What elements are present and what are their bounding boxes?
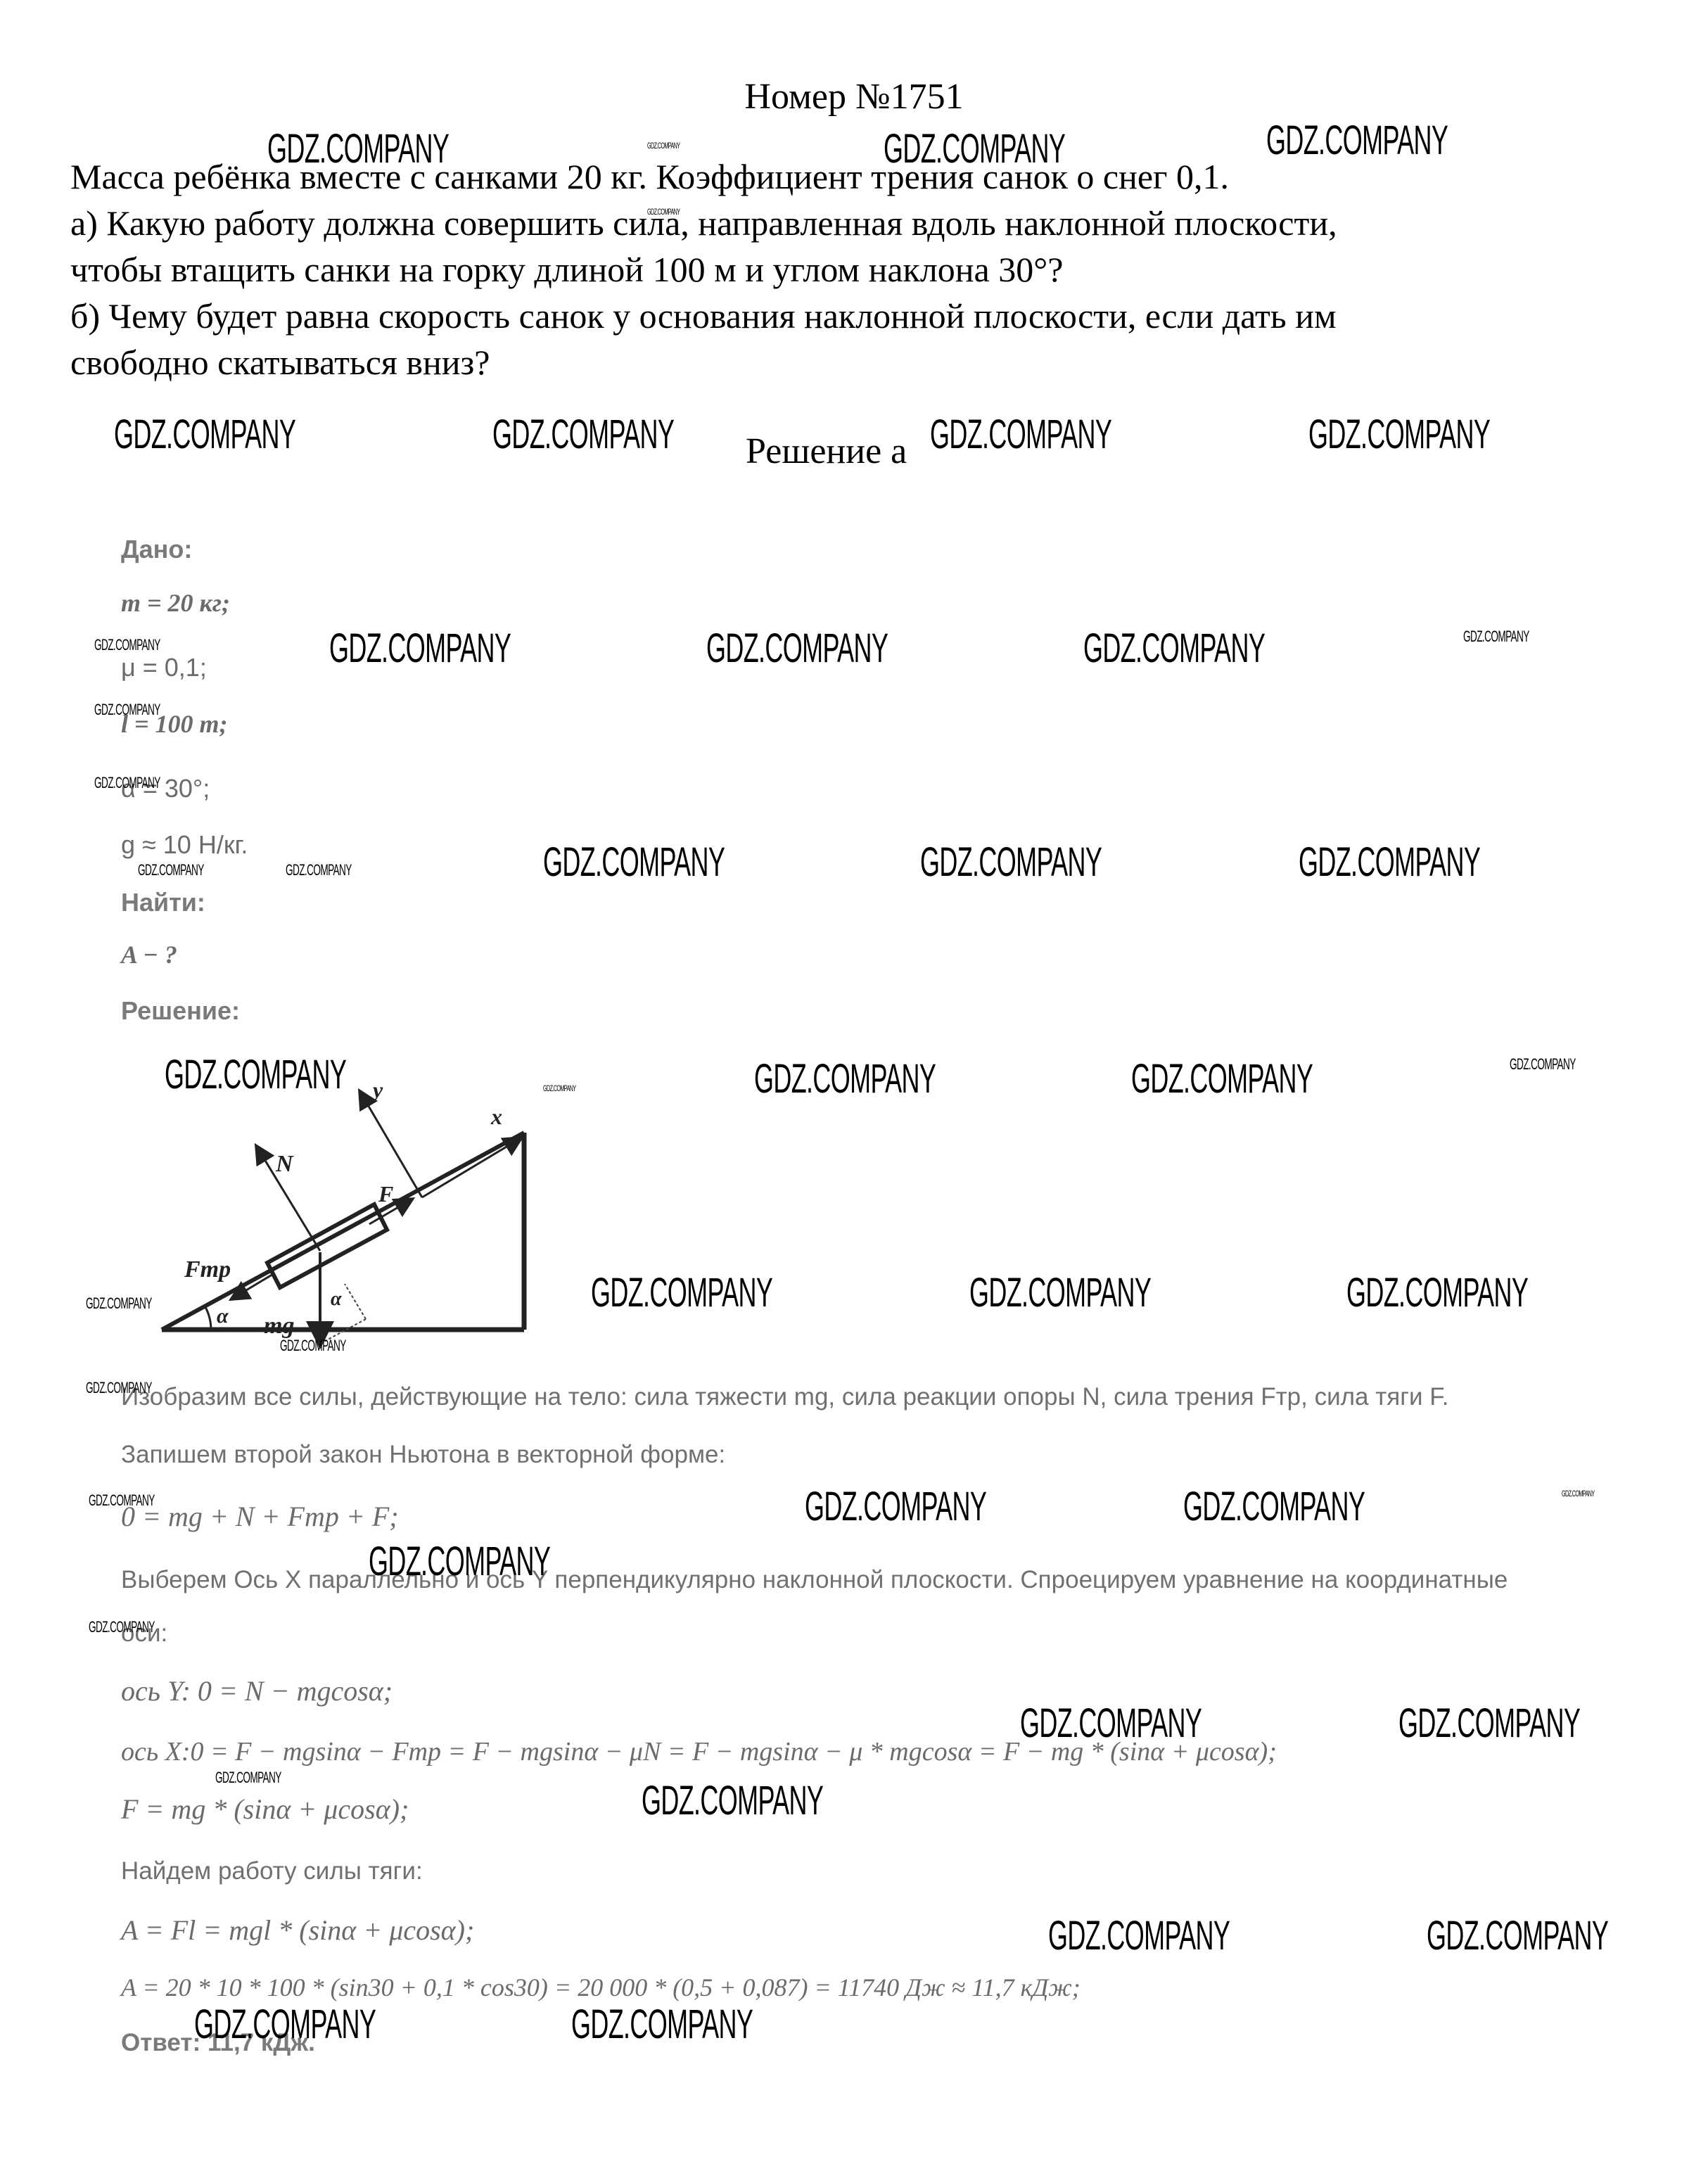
watermark: GDZ.COMPANY bbox=[267, 125, 449, 172]
given-mu: μ = 0,1; bbox=[121, 653, 207, 682]
watermark: GDZ.COMPANY bbox=[647, 141, 680, 151]
watermark: GDZ.COMPANY bbox=[215, 1769, 281, 1787]
watermark: GDZ.COMPANY bbox=[1020, 1700, 1202, 1747]
problem-line: а) Какую работу должна совершить сила, н… bbox=[70, 200, 1653, 246]
watermark: GDZ.COMPANY bbox=[884, 125, 1065, 172]
given-g: g ≈ 10 Н/кг. bbox=[121, 830, 248, 860]
pull-force-label: F bbox=[378, 1181, 393, 1207]
watermark: GDZ.COMPANY bbox=[543, 839, 725, 886]
given-label: Дано: bbox=[121, 535, 192, 564]
equation-work: A = Fl = mgl * (sinα + μcosα); bbox=[121, 1914, 474, 1947]
find-label: Найти: bbox=[121, 888, 205, 917]
watermark: GDZ.COMPANY bbox=[369, 1538, 550, 1585]
watermark: GDZ.COMPANY bbox=[1308, 411, 1490, 458]
work-intro: Найдем работу силы тяги: bbox=[121, 1857, 423, 1885]
watermark: GDZ.COMPANY bbox=[94, 636, 160, 654]
watermark: GDZ.COMPANY bbox=[492, 411, 674, 458]
watermark: GDZ.COMPANY bbox=[642, 1777, 823, 1824]
watermark: GDZ.COMPANY bbox=[114, 411, 295, 458]
watermark: GDZ.COMPANY bbox=[1048, 1912, 1230, 1959]
watermark: GDZ.COMPANY bbox=[1562, 1489, 1594, 1498]
watermark: GDZ.COMPANY bbox=[920, 839, 1102, 886]
watermark: GDZ.COMPANY bbox=[89, 1491, 155, 1510]
watermark: GDZ.COMPANY bbox=[930, 411, 1111, 458]
watermark: GDZ.COMPANY bbox=[1299, 839, 1480, 886]
solution-section-title: Решение а bbox=[746, 431, 907, 472]
solution-label: Решение: bbox=[121, 996, 240, 1026]
watermark: GDZ.COMPANY bbox=[94, 701, 160, 719]
watermark: GDZ.COMPANY bbox=[194, 2001, 376, 2048]
watermark: GDZ.COMPANY bbox=[591, 1269, 772, 1316]
watermark: GDZ.COMPANY bbox=[1183, 1483, 1365, 1530]
problem-statement: Масса ребёнка вместе с санками 20 кг. Ко… bbox=[70, 153, 1653, 386]
watermark: GDZ.COMPANY bbox=[571, 2001, 753, 2048]
watermark: GDZ.COMPANY bbox=[706, 625, 888, 672]
newton-vector-equation: 0 = mg + N + Fтр + F; bbox=[121, 1500, 399, 1533]
page-title: Номер №1751 bbox=[0, 76, 1708, 117]
watermark: GDZ.COMPANY bbox=[138, 861, 204, 879]
watermark: GDZ.COMPANY bbox=[969, 1269, 1151, 1316]
document-page: Номер №1751 Масса ребёнка вместе с санка… bbox=[0, 0, 1708, 2164]
watermark: GDZ.COMPANY bbox=[1083, 625, 1265, 672]
watermark: GDZ.COMPANY bbox=[94, 774, 160, 792]
angle-label-block: α bbox=[331, 1288, 342, 1310]
equation-work-calculation: A = 20 * 10 * 100 * (sin30 + 0,1 * cos30… bbox=[121, 1973, 1081, 2002]
watermark: GDZ.COMPANY bbox=[280, 1337, 346, 1355]
problem-line: б) Чему будет равна скорость санок у осн… bbox=[70, 293, 1653, 339]
normal-force-label: N bbox=[275, 1151, 294, 1177]
watermark: GDZ.COMPANY bbox=[805, 1483, 986, 1530]
watermark: GDZ.COMPANY bbox=[1346, 1269, 1528, 1316]
problem-line: чтобы втащить санки на горку длиной 100 … bbox=[70, 246, 1653, 293]
watermark: GDZ.COMPANY bbox=[286, 861, 352, 879]
watermark: GDZ.COMPANY bbox=[1510, 1055, 1576, 1074]
watermark: GDZ.COMPANY bbox=[543, 1083, 575, 1093]
y-axis-label: y bbox=[370, 1077, 383, 1102]
angle-label-base: α bbox=[217, 1304, 229, 1328]
problem-line: свободно скатываться вниз? bbox=[70, 339, 1653, 386]
given-mass: m = 20 кг; bbox=[121, 588, 230, 618]
watermark: GDZ.COMPANY bbox=[754, 1055, 936, 1102]
watermark: GDZ.COMPANY bbox=[1398, 1700, 1580, 1747]
friction-force-label: Fтр bbox=[184, 1256, 231, 1283]
watermark: GDZ.COMPANY bbox=[165, 1051, 346, 1098]
axes-choice-text: Выберем Ось X параллельно и ось Y перпен… bbox=[121, 1566, 1508, 1594]
watermark: GDZ.COMPANY bbox=[1131, 1055, 1313, 1102]
find-value: A − ? bbox=[121, 940, 177, 969]
watermark: GDZ.COMPANY bbox=[86, 1379, 152, 1397]
watermark: GDZ.COMPANY bbox=[1463, 628, 1529, 646]
watermark: GDZ.COMPANY bbox=[329, 625, 511, 672]
equation-force: F = mg * (sinα + μcosα); bbox=[121, 1793, 409, 1826]
watermark: GDZ.COMPANY bbox=[647, 207, 680, 217]
watermark: GDZ.COMPANY bbox=[1266, 117, 1448, 164]
watermark: GDZ.COMPANY bbox=[1427, 1912, 1608, 1959]
x-axis bbox=[422, 1138, 521, 1197]
gravity-label: mg bbox=[264, 1313, 294, 1339]
newton-law-intro: Запишем второй закон Ньютона в векторной… bbox=[121, 1441, 725, 1469]
watermark: GDZ.COMPANY bbox=[89, 1618, 155, 1636]
equation-y-axis: ось Y: 0 = N − mgcosα; bbox=[121, 1674, 393, 1707]
watermark: GDZ.COMPANY bbox=[86, 1294, 152, 1313]
forces-description: Изобразим все силы, действующие на тело:… bbox=[121, 1383, 1449, 1411]
incline-surface bbox=[162, 1133, 524, 1330]
x-axis-label: x bbox=[490, 1104, 502, 1129]
